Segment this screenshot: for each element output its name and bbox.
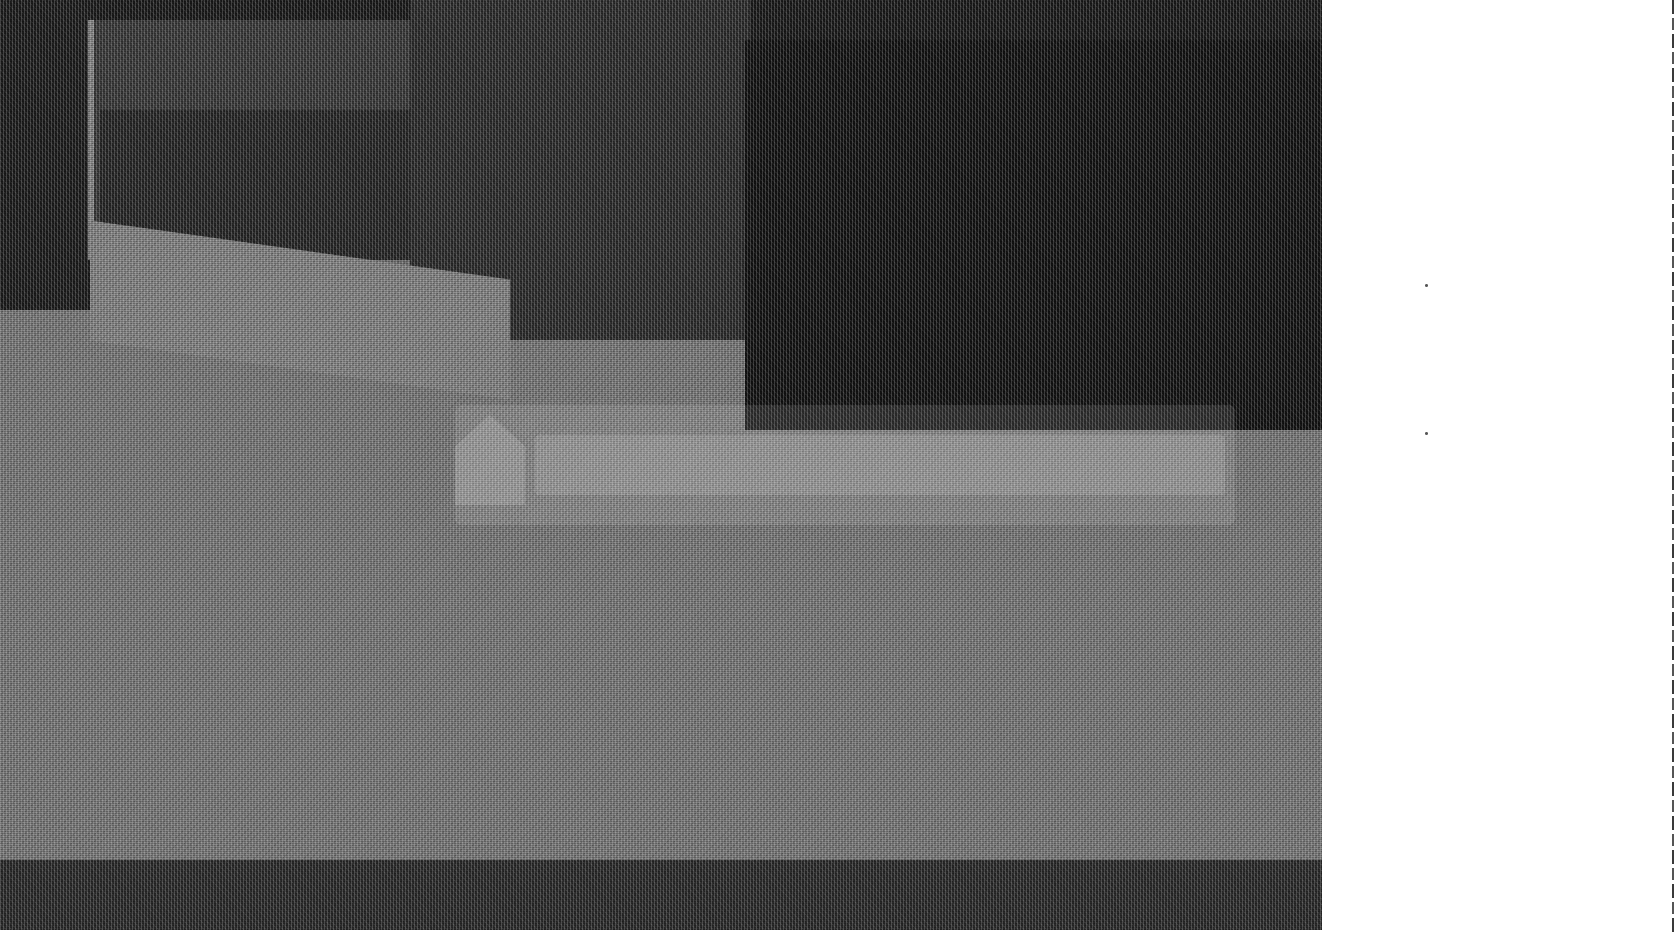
scan-speck bbox=[1425, 432, 1428, 435]
left-dark-wall bbox=[0, 0, 96, 310]
scan-line bbox=[1672, 0, 1674, 934]
scan-speck bbox=[1425, 284, 1428, 287]
dithered-photo bbox=[0, 0, 1322, 930]
bottom-edge bbox=[0, 930, 1322, 934]
bottom-dark-band bbox=[0, 860, 1322, 930]
page bbox=[0, 0, 1680, 934]
page-margin bbox=[1322, 0, 1680, 934]
right-dark-wall bbox=[745, 40, 1322, 430]
